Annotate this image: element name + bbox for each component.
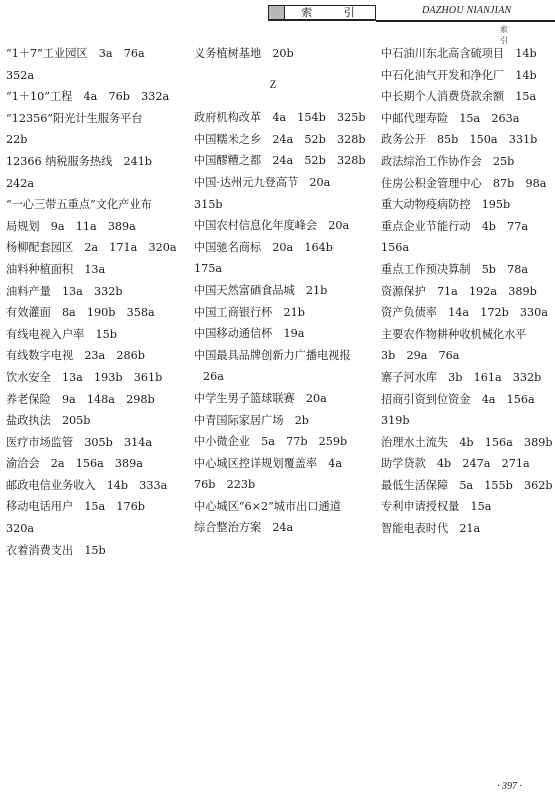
index-entry: 中国糯米之乡 24a 52b 328b: [194, 129, 372, 151]
index-entry: 寨子河水库 3b 161a 332b: [381, 367, 555, 389]
spacer: [194, 96, 372, 107]
section-header-box: 索 引: [268, 5, 376, 21]
index-entry: 资产负债率 14a 172b 330a: [381, 302, 555, 324]
index-entry: 最低生活保障 5a 155b 362b: [381, 475, 555, 497]
index-entry: 中国·达州元九登高节 20a: [194, 172, 372, 194]
index-entry-continued: 3b 29a 76a: [381, 345, 555, 367]
index-entry: “12356”阳光计生服务平台: [6, 108, 184, 130]
index-entry: 中学生男子篮球联赛 20a: [194, 388, 372, 410]
index-entry: 饮水安全 13a 193b 361b: [6, 367, 184, 389]
index-entry: 中邮代理寿险 15a 263a: [381, 108, 555, 130]
index-entry: 油料种植面积 13a: [6, 259, 184, 281]
index-entry: 专利申请授权量 15a: [381, 496, 555, 518]
index-entry: 油料产量 13a 332b: [6, 281, 184, 303]
index-entry: 移动电话用户 15a 176b: [6, 496, 184, 518]
index-entry-continued: 315b: [194, 194, 372, 216]
index-entry: 中小微企业 5a 77b 259b: [194, 431, 372, 453]
index-entry: 衣着消费支出 15b: [6, 540, 184, 562]
index-entry-continued: 局规划 9a 11a 389a: [6, 216, 184, 238]
index-entry: 重点工作预决算制 5b 78a: [381, 259, 555, 281]
index-entry: 中国工商银行杯 21b: [194, 302, 372, 324]
index-entry: 有线电视入户率 15b: [6, 324, 184, 346]
index-entry: 招商引资到位资金 4a 156a: [381, 389, 555, 411]
index-column-1: “1＋7”工业园区 3a 76a 352a “1＋10”工程 4a 76b 33…: [6, 43, 184, 561]
index-entry: 有效灌面 8a 190b 358a: [6, 302, 184, 324]
index-entry: 中青国际家居广场 2b: [194, 410, 372, 432]
book-title: DAZHOU NIANJIAN: [422, 5, 511, 16]
index-entry: 政法综治工作协作会 25b: [381, 151, 555, 173]
letter-heading: Z: [194, 75, 372, 97]
index-entry: 邮政电信业务收入 14b 333a: [6, 475, 184, 497]
index-entry-continued: 319b: [381, 410, 555, 432]
index-entry: 医疗市场监管 305b 314a: [6, 432, 184, 454]
index-entry-continued: 242a: [6, 173, 184, 195]
page-number: · 397 ·: [497, 781, 522, 792]
index-entry: 盐政执法 205b: [6, 410, 184, 432]
index-entry: 杨柳配套园区 2a 171a 320a: [6, 237, 184, 259]
index-entry: 中长期个人消费贷款余额 15a: [381, 86, 555, 108]
index-entry: 中国农村信息化年度峰会 20a: [194, 215, 372, 237]
index-entry-continued: 26a: [194, 366, 372, 388]
index-entry: 有线数字电视 23a 286b: [6, 345, 184, 367]
index-entry: 政务公开 85b 150a 331b: [381, 129, 555, 151]
index-entry: 中国移动通信杯 19a: [194, 323, 372, 345]
index-entry: 渝洽会 2a 156a 389a: [6, 453, 184, 475]
index-entry: 中国驰名商标 20a 164b: [194, 237, 372, 259]
index-entry-continued: 综合整治方案 24a: [194, 517, 372, 539]
section-label: 索 引: [285, 6, 375, 20]
index-entry: 中石油川东北高含硫项目 14b: [381, 43, 555, 65]
header-rule: [376, 20, 555, 22]
index-entry: “1＋10”工程 4a 76b 332a: [6, 86, 184, 108]
index-entry: 中国天然富硒食品城 21b: [194, 280, 372, 302]
index-entry: 12366 纳税服务热线 241b: [6, 151, 184, 173]
index-entry-continued: 156a: [381, 237, 555, 259]
header-gray-marker: [269, 6, 285, 19]
index-entry: 中心城区“6×2”城市出口通道: [194, 496, 372, 518]
index-entry: 中国最具品牌创新力广播电视报: [194, 345, 372, 367]
index-entry: 治理水土流失 4b 156a 389b: [381, 432, 555, 454]
index-entry: 重大动物疫病防控 195b: [381, 194, 555, 216]
index-entry: 中国醪糟之都 24a 52b 328b: [194, 150, 372, 172]
index-entry: “一心三带五重点”文化产业布: [6, 194, 184, 216]
index-entry: 政府机构改革 4a 154b 325b: [194, 107, 372, 129]
index-entry-continued: 76b 223b: [194, 474, 372, 496]
index-entry: 住房公积金管理中心 87b 98a: [381, 173, 555, 195]
index-entry: 智能电表时代 21a: [381, 518, 555, 540]
index-entry-continued: 352a: [6, 65, 184, 87]
index-entry-continued: 22b: [6, 129, 184, 151]
index-entry: 义务植树基地 20b: [194, 43, 372, 65]
index-column-2: 义务植树基地 20b Z 政府机构改革 4a 154b 325b 中国糯米之乡 …: [194, 43, 372, 539]
index-entry-continued: 320a: [6, 518, 184, 540]
index-entry-continued: 175a: [194, 258, 372, 280]
index-entry: 主要农作物耕种收机械化水平: [381, 324, 555, 346]
index-entry: 助学贷款 4b 247a 271a: [381, 453, 555, 475]
index-entry: 中心城区控详规划覆盖率 4a: [194, 453, 372, 475]
index-entry: 养老保险 9a 148a 298b: [6, 389, 184, 411]
spacer: [194, 65, 372, 75]
index-entry: “1＋7”工业园区 3a 76a: [6, 43, 184, 65]
index-entry: 中石化油气开发和净化厂 14b: [381, 65, 555, 87]
index-column-3: 中石油川东北高含硫项目 14b 中石化油气开发和净化厂 14b 中长期个人消费贷…: [381, 43, 555, 540]
index-entry: 资源保护 71a 192a 389b: [381, 281, 555, 303]
index-entry: 重点企业节能行动 4b 77a: [381, 216, 555, 238]
